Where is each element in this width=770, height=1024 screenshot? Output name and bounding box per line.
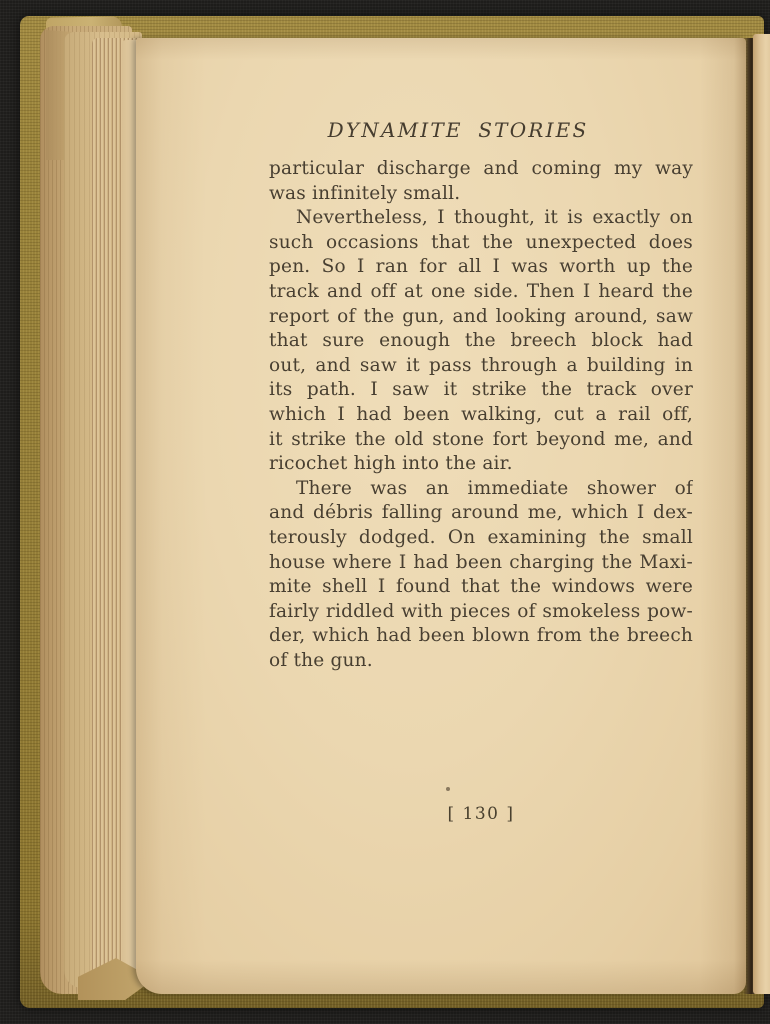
page-number: [ 130 ] <box>269 804 693 824</box>
text-line: it strike the old stone fort beyond me, … <box>269 428 693 453</box>
text-line: terously dodged. On examining the small <box>269 526 693 551</box>
book-photo: DYNAMITE STORIES particular discharge an… <box>0 0 770 1024</box>
text-line: fairly riddled with pieces of smokeless … <box>269 600 693 625</box>
text-line: mite shell I found that the windows were <box>269 575 693 600</box>
text-line: of the gun. <box>269 649 693 674</box>
text-line: der, which had been blown from the breec… <box>269 624 693 649</box>
ink-speck <box>446 787 450 791</box>
text-line: track and off at one side. Then I heard … <box>269 280 693 305</box>
text-line: report of the gun, and looking around, s… <box>269 305 693 330</box>
text-line: pen. So I ran for all I was worth up the <box>269 255 693 280</box>
text-line: ricochet high into the air. <box>269 452 693 477</box>
book-page: DYNAMITE STORIES particular discharge an… <box>136 38 746 994</box>
facing-page-edge <box>753 34 770 994</box>
text-line: its path. I saw it strike the track over <box>269 378 693 403</box>
text-line: out, and saw it pass through a building … <box>269 354 693 379</box>
text-line: such occasions that the unexpected does … <box>269 231 693 256</box>
text-line: which I had been walking, cut a rail off… <box>269 403 693 428</box>
text-line: house where I had been charging the Maxi… <box>269 551 693 576</box>
text-line: particular discharge and coming my way <box>269 157 693 182</box>
running-head: DYNAMITE STORIES <box>246 118 670 142</box>
text-line: was infinitely small. <box>269 182 693 207</box>
body-text: particular discharge and coming my waywa… <box>269 157 693 673</box>
text-line: Nevertheless, I thought, it is exactly o… <box>269 206 693 231</box>
text-line: There was an immediate shower of stones <box>269 477 693 502</box>
text-line: and débris falling around me, which I de… <box>269 501 693 526</box>
text-line: that sure enough the breech block had bl… <box>269 329 693 354</box>
